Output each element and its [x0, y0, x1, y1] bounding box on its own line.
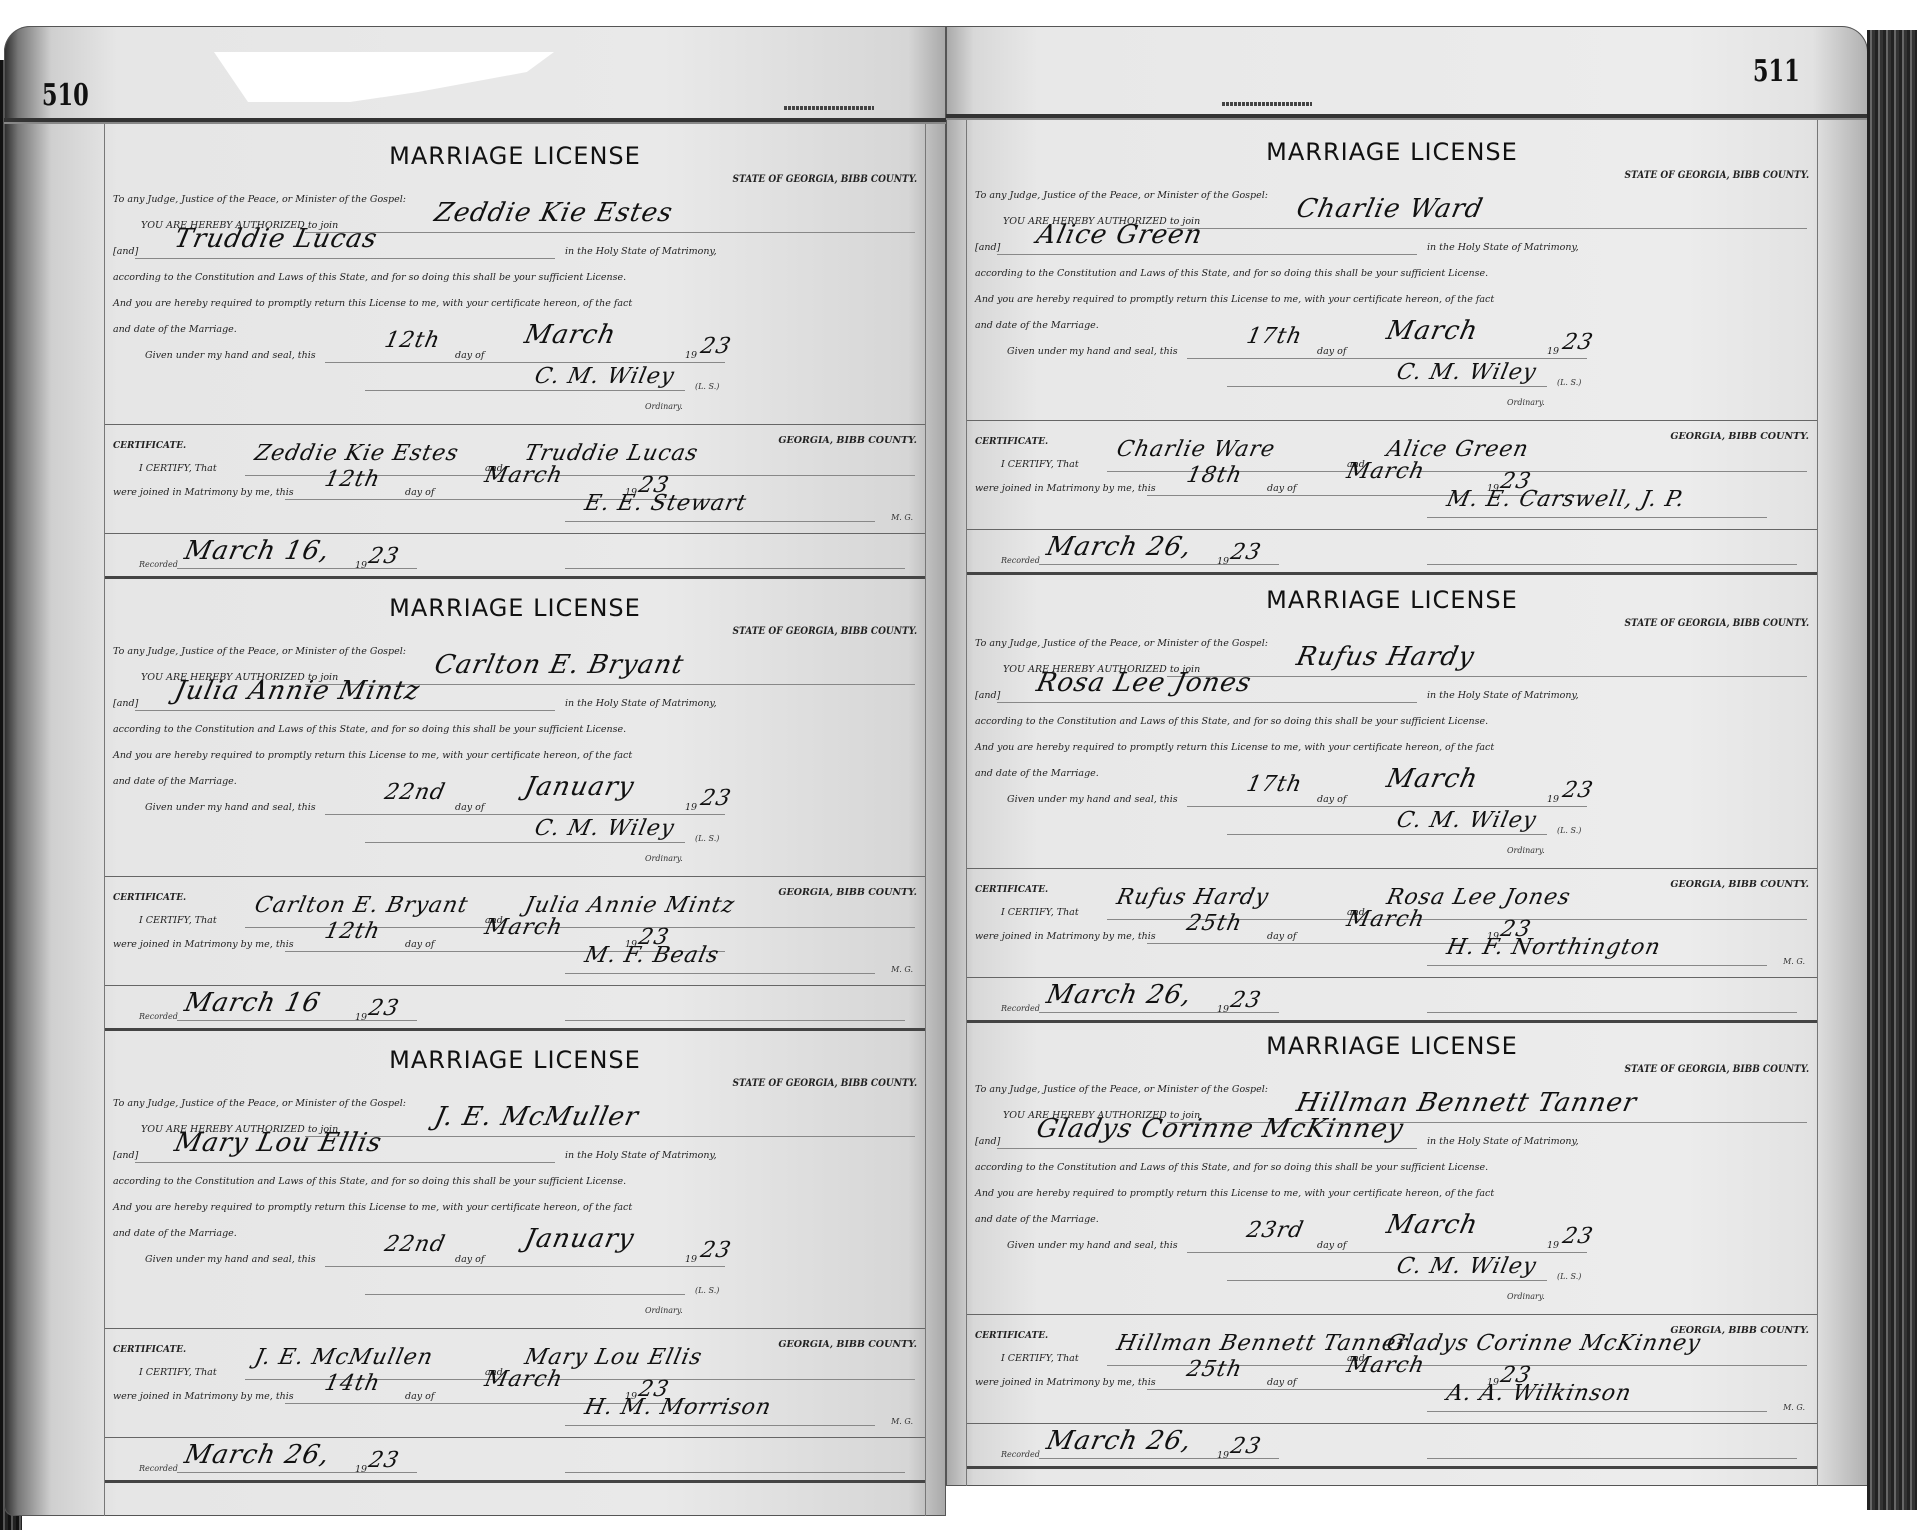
joined-text: were joined in Matrimony by me, this	[975, 483, 1156, 494]
license-month: March	[1384, 1210, 1481, 1240]
bride-name: Rosa Lee Jones	[1034, 668, 1255, 698]
date-of-marriage-text: and date of the Marriage.	[113, 1228, 237, 1239]
bride-name: Julia Annie Mintz	[172, 676, 423, 706]
recorded-year: 23	[366, 1448, 401, 1473]
groom-line	[1167, 228, 1807, 229]
license-title: MARRIAGE LICENSE	[105, 1046, 925, 1074]
officiant-line	[565, 973, 875, 974]
certificate-state: GEORGIA, BIBB COUNTY.	[778, 887, 917, 898]
holy-state-text: in the Holy State of Matrimony,	[1427, 690, 1579, 701]
marriage-license: MARRIAGE LICENSE STATE OF GEORGIA, BIBB …	[967, 120, 1817, 421]
license-day: 17th	[1244, 324, 1304, 349]
license-day: 22nd	[382, 1232, 448, 1257]
year-prefix: 19	[685, 802, 697, 813]
holy-state-text: in the Holy State of Matrimony,	[1427, 242, 1579, 253]
certificate-party-1: J. E. McMullen	[252, 1345, 435, 1370]
given-text: Given under my hand and seal, this	[145, 802, 316, 813]
groom-name: Charlie Ward	[1294, 194, 1486, 224]
according-text: according to the Constitution and Laws o…	[113, 1176, 626, 1187]
marriage-certificate: CERTIFICATE. GEORGIA, BIBB COUNTY. I CER…	[967, 869, 1817, 978]
officiant-title: M. G.	[891, 965, 913, 974]
groom-line	[305, 232, 915, 233]
page-511: 511 MARRIAGE LICENSE STATE OF GEORGIA, B…	[946, 26, 1868, 1486]
license-year: 23	[1560, 330, 1595, 355]
marriage-certificate: CERTIFICATE. GEORGIA, BIBB COUNTY. I CER…	[105, 877, 925, 986]
according-text: according to the Constitution and Laws o…	[113, 272, 626, 283]
bride-name: Truddie Lucas	[172, 224, 381, 254]
year-prefix: 19	[1217, 1450, 1229, 1461]
officiant-signature: M. E. Carswell, J. P.	[1444, 487, 1687, 512]
groom-name: Carlton E. Bryant	[432, 650, 687, 680]
certificate-month: March	[1344, 907, 1427, 932]
recorded-label: Recorded	[1001, 1004, 1040, 1013]
salutation: To any Judge, Justice of the Peace, or M…	[113, 646, 406, 657]
according-text: according to the Constitution and Laws o…	[975, 268, 1488, 279]
ordinary-label: Ordinary.	[645, 854, 683, 863]
required-text: And you are hereby required to promptly …	[113, 298, 632, 309]
issue-date-line	[1187, 358, 1587, 359]
seal-label: (L. S.)	[695, 834, 719, 843]
required-text: And you are hereby required to promptly …	[975, 1188, 1494, 1199]
ordinary-label: Ordinary.	[645, 1306, 683, 1315]
certificate-heading: CERTIFICATE.	[113, 1345, 186, 1355]
recorded-sign-line	[1427, 1458, 1797, 1459]
bride-line	[135, 258, 555, 259]
date-of-marriage-text: and date of the Marriage.	[975, 1214, 1099, 1225]
seal-label: (L. S.)	[1557, 378, 1581, 387]
officiant-line	[565, 1425, 875, 1426]
ordinary-label: Ordinary.	[1507, 398, 1545, 407]
ordinary-signature: C. M. Wiley	[532, 816, 677, 841]
license-day: 12th	[382, 328, 442, 353]
recorded-sign-line	[565, 1472, 905, 1473]
page-510: 510 MARRIAGE LICENSE STATE OF GEORGIA, B…	[4, 26, 946, 1516]
required-text: And you are hereby required to promptly …	[975, 294, 1494, 305]
certificate-state: GEORGIA, BIBB COUNTY.	[1670, 431, 1809, 442]
recorded-section: Recorded March 16, 19 23	[105, 534, 925, 579]
ordinary-signature-line	[1227, 386, 1547, 387]
and-label: [and]	[975, 690, 1000, 701]
year-prefix: 19	[355, 1464, 367, 1475]
issue-date-line	[325, 362, 725, 363]
records-frame: MARRIAGE LICENSE STATE OF GEORGIA, BIBB …	[104, 124, 926, 1516]
certificate-month: March	[1344, 459, 1427, 484]
publisher-imprint	[784, 106, 874, 110]
holy-state-text: in the Holy State of Matrimony,	[565, 698, 717, 709]
required-text: And you are hereby required to promptly …	[113, 1202, 632, 1213]
required-text: And you are hereby required to promptly …	[113, 750, 632, 761]
ledger-spread: 510 MARRIAGE LICENSE STATE OF GEORGIA, B…	[0, 0, 1917, 1534]
joined-text: were joined in Matrimony by me, this	[113, 487, 294, 498]
date-of-marriage-text: and date of the Marriage.	[975, 320, 1099, 331]
ordinary-label: Ordinary.	[645, 402, 683, 411]
i-certify-text: I CERTIFY, That	[1001, 459, 1079, 470]
day-of-text: day of	[1317, 346, 1346, 357]
joined-text: were joined in Matrimony by me, this	[975, 931, 1156, 942]
officiant-line	[1427, 965, 1767, 966]
required-text: And you are hereby required to promptly …	[975, 742, 1494, 753]
seal-label: (L. S.)	[695, 382, 719, 391]
officiant-signature: H. M. Morrison	[582, 1395, 774, 1420]
record-1: MARRIAGE LICENSE STATE OF GEORGIA, BIBB …	[105, 124, 925, 579]
officiant-signature: A. A. Wilkinson	[1444, 1381, 1634, 1406]
marriage-certificate: CERTIFICATE. GEORGIA, BIBB COUNTY. I CER…	[105, 425, 925, 534]
license-year: 23	[698, 334, 733, 359]
year-prefix: 19	[1547, 794, 1559, 805]
i-certify-text: I CERTIFY, That	[139, 1367, 217, 1378]
recorded-sign-line	[1427, 1012, 1797, 1013]
certificate-party-1: Zeddie Kie Estes	[252, 441, 461, 466]
certificate-day: 14th	[322, 1371, 382, 1396]
license-title: MARRIAGE LICENSE	[967, 138, 1817, 166]
day-of-text: day of	[455, 1254, 484, 1265]
certificate-day: 12th	[322, 467, 382, 492]
officiant-title: M. G.	[1783, 1403, 1805, 1412]
certificate-day: 25th	[1184, 911, 1244, 936]
joined-text: were joined in Matrimony by me, this	[113, 1391, 294, 1402]
recorded-label: Recorded	[1001, 556, 1040, 565]
ordinary-signature: C. M. Wiley	[532, 364, 677, 389]
seal-label: (L. S.)	[1557, 826, 1581, 835]
license-day: 22nd	[382, 780, 448, 805]
ordinary-label: Ordinary.	[1507, 1292, 1545, 1301]
given-text: Given under my hand and seal, this	[145, 350, 316, 361]
according-text: according to the Constitution and Laws o…	[975, 1162, 1488, 1173]
year-prefix: 19	[685, 350, 697, 361]
holy-state-text: in the Holy State of Matrimony,	[565, 246, 717, 257]
date-of-marriage-text: and date of the Marriage.	[975, 768, 1099, 779]
certificate-state: GEORGIA, BIBB COUNTY.	[778, 435, 917, 446]
record-3: MARRIAGE LICENSE STATE OF GEORGIA, BIBB …	[967, 1014, 1817, 1469]
ordinary-signature-line	[365, 390, 685, 391]
bride-line	[997, 1148, 1417, 1149]
bride-name: Alice Green	[1034, 220, 1206, 250]
certificate-state: GEORGIA, BIBB COUNTY.	[1670, 879, 1809, 890]
issue-date-line	[325, 814, 725, 815]
day-of-text: day of	[1317, 1240, 1346, 1251]
page-number: 511	[1753, 54, 1800, 89]
day-of-text: day of	[1267, 931, 1296, 942]
and-label: [and]	[113, 1150, 138, 1161]
officiant-title: M. G.	[891, 513, 913, 522]
ordinary-signature-line	[1227, 834, 1547, 835]
license-month: March	[1384, 316, 1481, 346]
recorded-date: March 26,	[1044, 980, 1195, 1010]
seal-label: (L. S.)	[695, 1286, 719, 1295]
officiant-signature: E. E. Stewart	[582, 491, 749, 516]
recorded-year: 23	[366, 544, 401, 569]
recorded-date: March 26,	[1044, 532, 1195, 562]
license-year: 23	[1560, 778, 1595, 803]
holy-state-text: in the Holy State of Matrimony,	[1427, 1136, 1579, 1147]
ordinary-signature: C. M. Wiley	[1394, 808, 1539, 833]
recorded-date: March 16,	[182, 536, 333, 566]
year-prefix: 19	[355, 1012, 367, 1023]
issue-date-line	[1187, 806, 1587, 807]
recorded-year: 23	[1228, 988, 1263, 1013]
salutation: To any Judge, Justice of the Peace, or M…	[975, 1084, 1268, 1095]
marriage-certificate: CERTIFICATE. GEORGIA, BIBB COUNTY. I CER…	[967, 1315, 1817, 1424]
recorded-sign-line	[565, 1020, 905, 1021]
certificate-day: 18th	[1184, 463, 1244, 488]
officiant-line	[1427, 517, 1767, 518]
marriage-license: MARRIAGE LICENSE STATE OF GEORGIA, BIBB …	[105, 576, 925, 877]
recorded-sign-line	[1427, 564, 1797, 565]
according-text: according to the Constitution and Laws o…	[975, 716, 1488, 727]
groom-line	[1167, 676, 1807, 677]
book-edge-right	[1867, 30, 1917, 1510]
state-county-line: STATE OF GEORGIA, BIBB COUNTY.	[732, 174, 917, 185]
recorded-year: 23	[1228, 1434, 1263, 1459]
certificate-party-1: Charlie Ware	[1114, 437, 1277, 462]
year-prefix: 19	[1547, 346, 1559, 357]
publisher-imprint	[1222, 102, 1312, 106]
license-month: January	[522, 1224, 637, 1254]
according-text: according to the Constitution and Laws o…	[113, 724, 626, 735]
state-county-line: STATE OF GEORGIA, BIBB COUNTY.	[732, 1078, 917, 1089]
year-prefix: 19	[1217, 556, 1229, 567]
issue-date-line	[325, 1266, 725, 1267]
record-2: MARRIAGE LICENSE STATE OF GEORGIA, BIBB …	[967, 568, 1817, 1023]
bride-name: Gladys Corinne McKinney	[1034, 1114, 1407, 1144]
joined-text: were joined in Matrimony by me, this	[975, 1377, 1156, 1388]
ordinary-signature-line	[1227, 1280, 1547, 1281]
certificate-party-1: Carlton E. Bryant	[252, 893, 470, 918]
state-county-line: STATE OF GEORGIA, BIBB COUNTY.	[732, 626, 917, 637]
certificate-month: March	[482, 915, 565, 940]
year-prefix: 19	[685, 1254, 697, 1265]
certificate-heading: CERTIFICATE.	[113, 893, 186, 903]
page-number: 510	[42, 78, 89, 113]
day-of-text: day of	[1317, 794, 1346, 805]
i-certify-text: I CERTIFY, That	[1001, 907, 1079, 918]
i-certify-text: I CERTIFY, That	[139, 915, 217, 926]
records-frame: MARRIAGE LICENSE STATE OF GEORGIA, BIBB …	[966, 120, 1818, 1486]
year-prefix: 19	[1547, 1240, 1559, 1251]
certificate-month: March	[482, 463, 565, 488]
date-of-marriage-text: and date of the Marriage.	[113, 324, 237, 335]
recorded-date: March 26,	[1044, 1426, 1195, 1456]
salutation: To any Judge, Justice of the Peace, or M…	[113, 194, 406, 205]
license-year: 23	[698, 1238, 733, 1263]
license-month: March	[522, 320, 619, 350]
day-of-text: day of	[405, 939, 434, 950]
certificate-day: 12th	[322, 919, 382, 944]
officiant-line	[1427, 1411, 1767, 1412]
certificate-heading: CERTIFICATE.	[975, 885, 1048, 895]
torn-corner	[214, 52, 554, 102]
marriage-license: MARRIAGE LICENSE STATE OF GEORGIA, BIBB …	[967, 568, 1817, 869]
state-county-line: STATE OF GEORGIA, BIBB COUNTY.	[1624, 170, 1809, 181]
salutation: To any Judge, Justice of the Peace, or M…	[113, 1098, 406, 1109]
officiant-signature: H. F. Northington	[1444, 935, 1663, 960]
marriage-certificate: CERTIFICATE. GEORGIA, BIBB COUNTY. I CER…	[105, 1329, 925, 1438]
recorded-label: Recorded	[139, 1012, 178, 1021]
day-of-text: day of	[455, 802, 484, 813]
date-of-marriage-text: and date of the Marriage.	[113, 776, 237, 787]
day-of-text: day of	[1267, 483, 1296, 494]
salutation: To any Judge, Justice of the Peace, or M…	[975, 190, 1268, 201]
given-text: Given under my hand and seal, this	[1007, 1240, 1178, 1251]
license-year: 23	[698, 786, 733, 811]
groom-line	[305, 1136, 915, 1137]
ordinary-signature-line	[365, 842, 685, 843]
certificate-heading: CERTIFICATE.	[113, 441, 186, 451]
recorded-date: March 16	[182, 988, 324, 1018]
given-text: Given under my hand and seal, this	[145, 1254, 316, 1265]
license-title: MARRIAGE LICENSE	[105, 142, 925, 170]
recorded-section: Recorded March 16 19 23	[105, 986, 925, 1031]
certificate-month: March	[1344, 1353, 1427, 1378]
certificate-heading: CERTIFICATE.	[975, 437, 1048, 447]
officiant-title: M. G.	[1783, 957, 1805, 966]
certificate-month: March	[482, 1367, 565, 1392]
ordinary-signature-line	[365, 1294, 685, 1295]
bride-line	[135, 710, 555, 711]
i-certify-text: I CERTIFY, That	[139, 463, 217, 474]
joined-text: were joined in Matrimony by me, this	[113, 939, 294, 950]
license-month: January	[522, 772, 637, 802]
groom-name: J. E. McMuller	[432, 1102, 642, 1132]
and-label: [and]	[975, 1136, 1000, 1147]
officiant-title: M. G.	[891, 1417, 913, 1426]
state-county-line: STATE OF GEORGIA, BIBB COUNTY.	[1624, 1064, 1809, 1075]
license-title: MARRIAGE LICENSE	[967, 1032, 1817, 1060]
license-day: 23rd	[1244, 1218, 1306, 1243]
record-3: MARRIAGE LICENSE STATE OF GEORGIA, BIBB …	[105, 1028, 925, 1483]
certificate-party-2: Gladys Corinne McKinney	[1384, 1331, 1703, 1356]
seal-label: (L. S.)	[1557, 1272, 1581, 1281]
marriage-license: MARRIAGE LICENSE STATE OF GEORGIA, BIBB …	[967, 1014, 1817, 1315]
recorded-label: Recorded	[139, 1464, 178, 1473]
and-label: [and]	[975, 242, 1000, 253]
officiant-signature: M. F. Beals	[582, 943, 721, 968]
record-2: MARRIAGE LICENSE STATE OF GEORGIA, BIBB …	[105, 576, 925, 1031]
recorded-label: Recorded	[139, 560, 178, 569]
day-of-text: day of	[1267, 1377, 1296, 1388]
bride-name: Mary Lou Ellis	[172, 1128, 385, 1158]
license-year: 23	[1560, 1224, 1595, 1249]
salutation: To any Judge, Justice of the Peace, or M…	[975, 638, 1268, 649]
officiant-line	[565, 521, 875, 522]
certificate-heading: CERTIFICATE.	[975, 1331, 1048, 1341]
state-county-line: STATE OF GEORGIA, BIBB COUNTY.	[1624, 618, 1809, 629]
recorded-sign-line	[565, 568, 905, 569]
day-of-text: day of	[405, 487, 434, 498]
groom-name: Zeddie Kie Estes	[432, 198, 676, 228]
marriage-license: MARRIAGE LICENSE STATE OF GEORGIA, BIBB …	[105, 1028, 925, 1329]
marriage-certificate: CERTIFICATE. GEORGIA, BIBB COUNTY. I CER…	[967, 421, 1817, 530]
recorded-section: Recorded March 26, 19 23	[967, 1424, 1817, 1469]
i-certify-text: I CERTIFY, That	[1001, 1353, 1079, 1364]
certificate-day: 25th	[1184, 1357, 1244, 1382]
bride-line	[135, 1162, 555, 1163]
license-day: 17th	[1244, 772, 1304, 797]
license-title: MARRIAGE LICENSE	[105, 594, 925, 622]
holy-state-text: in the Holy State of Matrimony,	[565, 1150, 717, 1161]
certificate-state: GEORGIA, BIBB COUNTY.	[778, 1339, 917, 1350]
and-label: [and]	[113, 698, 138, 709]
given-text: Given under my hand and seal, this	[1007, 794, 1178, 805]
license-month: March	[1384, 764, 1481, 794]
marriage-license: MARRIAGE LICENSE STATE OF GEORGIA, BIBB …	[105, 124, 925, 425]
bride-line	[997, 702, 1417, 703]
bride-line	[997, 254, 1417, 255]
record-1: MARRIAGE LICENSE STATE OF GEORGIA, BIBB …	[967, 120, 1817, 575]
recorded-date: March 26,	[182, 1440, 333, 1470]
given-text: Given under my hand and seal, this	[1007, 346, 1178, 357]
day-of-text: day of	[455, 350, 484, 361]
recorded-section: Recorded March 26, 19 23	[105, 1438, 925, 1483]
recorded-year: 23	[1228, 540, 1263, 565]
recorded-label: Recorded	[1001, 1450, 1040, 1459]
license-title: MARRIAGE LICENSE	[967, 586, 1817, 614]
ordinary-signature: C. M. Wiley	[1394, 1254, 1539, 1279]
year-prefix: 19	[355, 560, 367, 571]
groom-name: Rufus Hardy	[1294, 642, 1478, 672]
ordinary-signature: C. M. Wiley	[1394, 360, 1539, 385]
ordinary-label: Ordinary.	[1507, 846, 1545, 855]
day-of-text: day of	[405, 1391, 434, 1402]
and-label: [and]	[113, 246, 138, 257]
certificate-party-1: Rufus Hardy	[1114, 885, 1271, 910]
issue-date-line	[1187, 1252, 1587, 1253]
recorded-year: 23	[366, 996, 401, 1021]
